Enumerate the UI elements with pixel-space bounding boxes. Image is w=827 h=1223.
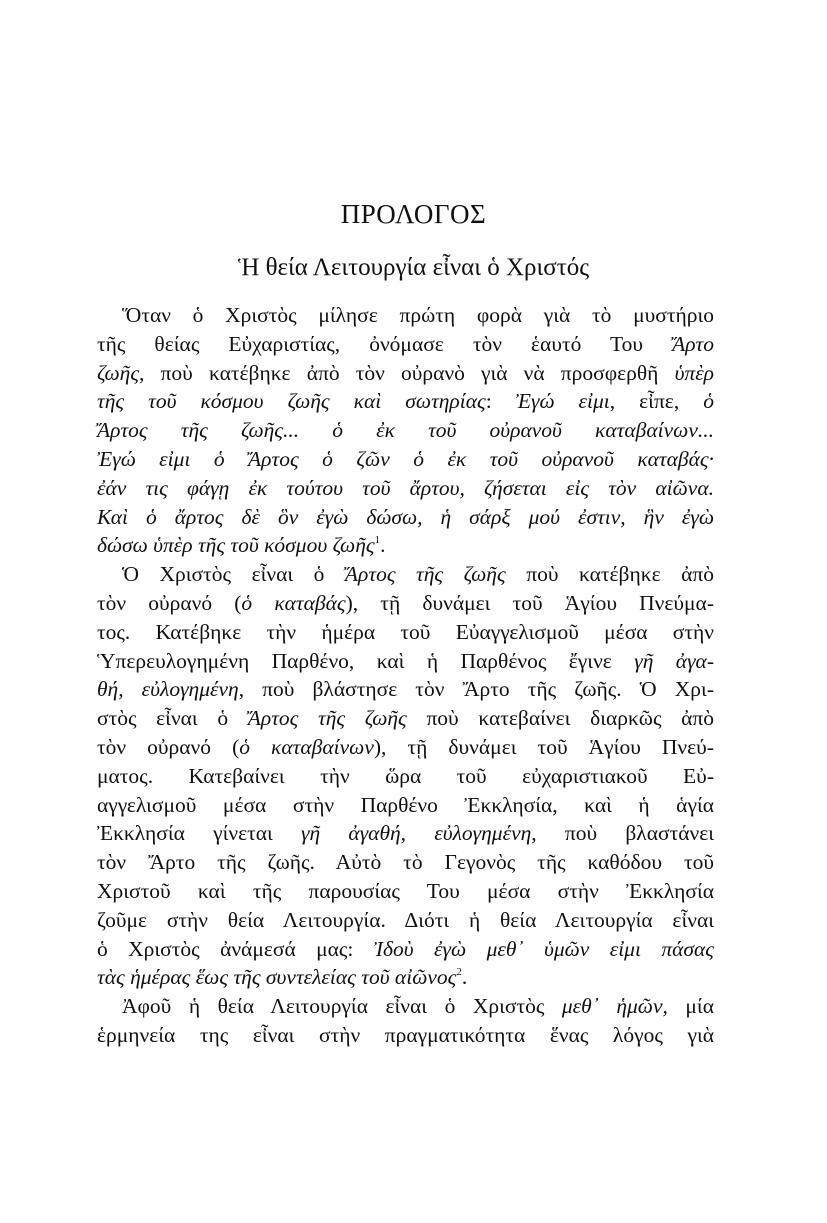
text-segment: ὁ καταβαίνων xyxy=(239,735,374,759)
text-segment: γῆ ἀγαθή, εὐλογημένη xyxy=(301,821,531,845)
text-line: ὁ Χριστὸς ἀνάμεσά μας: Ἰδοὺ ἐγὼ μεθ᾽ ὑμῶ… xyxy=(97,935,714,964)
text-line: Ὅταν ὁ Χριστὸς μίλησε πρώτη φορὰ γιὰ τὸ … xyxy=(97,301,714,330)
text-line: τὰς ἡμέρας ἕως τῆς συντελείας τοῦ αἰῶνος… xyxy=(97,963,714,992)
text-segment: ποὺ κατέβηκε ἀπὸ xyxy=(506,562,714,586)
text-segment: ), τῇ δυνάμει τοῦ Ἁγίου Πνεύμα- xyxy=(346,591,714,615)
text-segment: θή, εὐλογημένη xyxy=(97,677,239,701)
text-segment: ὑπὲρ xyxy=(675,361,714,385)
text-segment: Ἐκκλησία γίνεται xyxy=(97,821,301,845)
text-segment: . xyxy=(462,965,467,989)
text-segment: ἑρμηνεία της εἶναι στὴν πραγματικότητα ἕ… xyxy=(97,1023,714,1047)
text-segment: Ἄρτος τῆς ζωῆς xyxy=(345,562,506,586)
text-line: τῆς τοῦ κόσμου ζωῆς καὶ σωτηρίας: Ἐγώ εἰ… xyxy=(97,387,714,416)
text-line: τὸν οὐρανό (ὁ καταβαίνων), τῇ δυνάμει το… xyxy=(97,733,714,762)
text-segment: Ἐγώ εἰμι ὁ Ἄρτος ὁ ζῶν ὁ ἐκ τοῦ οὐρανοῦ … xyxy=(97,447,714,471)
text-line: τὸν Ἄρτο τῆς ζωῆς. Αὐτὸ τὸ Γεγονὸς τῆς κ… xyxy=(97,848,714,877)
text-segment: , εἶπε, xyxy=(610,389,704,413)
text-segment: δώσω ὑπὲρ τῆς τοῦ κόσμου ζωῆς xyxy=(97,533,375,557)
text-segment: Ἄρτο xyxy=(672,332,714,356)
text-line: Ἄρτος τῆς ζωῆς... ὁ ἐκ τοῦ οὐρανοῦ καταβ… xyxy=(97,416,714,445)
text-segment: τος. Κατέβηκε τὴν ἡμέρα τοῦ Εὐαγγελισμοῦ… xyxy=(97,620,714,644)
text-line: αγγελισμοῦ μέσα στὴν Παρθένο Ἐκκλησία, κ… xyxy=(97,791,714,820)
text-segment: Ἀφοῦ ἡ θεία Λειτουργία εἶναι ὁ Χριστὸς xyxy=(122,994,562,1018)
text-segment: μεθ᾽ ἡμῶν xyxy=(562,994,663,1018)
text-segment: Ἐγώ εἰμι xyxy=(516,389,610,413)
text-segment: στὸς εἶναι ὁ xyxy=(97,706,248,730)
text-segment: Ἰδοὺ ἐγὼ μεθ᾽ ὑμῶν εἰμι πάσας xyxy=(374,937,714,961)
document-page: ΠΡΟΛΟΓΟΣ Ἡ θεία Λειτουργία εἶναι ὁ Χριστ… xyxy=(0,0,827,1223)
text-segment: Ἄρτος τῆς ζωῆς... ὁ ἐκ τοῦ οὐρανοῦ καταβ… xyxy=(97,418,714,442)
text-segment: τὸν οὐρανό ( xyxy=(97,591,241,615)
text-segment: ὁ xyxy=(703,389,714,413)
text-line: ἑρμηνεία της εἶναι στὴν πραγματικότητα ἕ… xyxy=(97,1021,714,1050)
text-line: ζοῦμε στὴν θεία Λειτουργία. Διότι ἡ θεία… xyxy=(97,906,714,935)
text-line: τὸν οὐρανό (ὁ καταβάς), τῇ δυνάμει τοῦ Ἁ… xyxy=(97,589,714,618)
text-line: Ἀφοῦ ἡ θεία Λειτουργία εἶναι ὁ Χριστὸς μ… xyxy=(97,992,714,1021)
text-segment: , ποὺ βλάστησε τὸν Ἄρτο τῆς ζωῆς. Ὁ Χρι- xyxy=(239,677,714,701)
text-line: τος. Κατέβηκε τὴν ἡμέρα τοῦ Εὐαγγελισμοῦ… xyxy=(97,618,714,647)
text-segment: Ἄρτος τῆς ζωῆς xyxy=(248,706,407,730)
text-segment: , μία xyxy=(663,994,714,1018)
text-segment: ), τῇ δυνάμει τοῦ Ἁγίου Πνεύ- xyxy=(374,735,714,759)
text-line: Καὶ ὁ ἄρτος δὲ ὃν ἐγὼ δώσω, ἡ σάρξ μού ἐ… xyxy=(97,503,714,532)
text-line: ἐάν τις φάγῃ ἐκ τούτου τοῦ ἄρτου, ζήσετα… xyxy=(97,474,714,503)
text-segment: ζοῦμε στὴν θεία Λειτουργία. Διότι ἡ θεία… xyxy=(97,908,714,932)
text-line: Ὑπερευλογημένη Παρθένο, καὶ ἡ Παρθένος ἔ… xyxy=(97,647,714,676)
text-line: ματος. Κατεβαίνει τὴν ὥρα τοῦ εὐχαριστια… xyxy=(97,762,714,791)
text-line: ζωῆς, ποὺ κατέβηκε ἀπὸ τὸν οὐρανὸ γιὰ νὰ… xyxy=(97,359,714,388)
text-segment: ποὺ κατεβαίνει διαρκῶς ἀπὸ xyxy=(407,706,714,730)
text-segment: τὸν οὐρανό ( xyxy=(97,735,239,759)
text-segment: Ὁ Χριστὸς εἶναι ὁ xyxy=(122,562,345,586)
text-segment: . xyxy=(380,533,385,557)
body-text: Ὅταν ὁ Χριστὸς μίλησε πρώτη φορὰ γιὰ τὸ … xyxy=(97,301,714,1050)
text-segment: ματος. Κατεβαίνει τὴν ὥρα τοῦ εὐχαριστια… xyxy=(97,764,714,788)
text-line: Ἐκκλησία γίνεται γῆ ἀγαθή, εὐλογημένη, π… xyxy=(97,819,714,848)
text-segment: Καὶ ὁ ἄρτος δὲ ὃν ἐγὼ δώσω, ἡ σάρξ μού ἐ… xyxy=(97,505,714,529)
text-segment: ζωῆς xyxy=(97,361,139,385)
text-segment: τῆς θείας Εὐχαριστίας, ὀνόμασε τὸν ἑαυτό… xyxy=(97,332,672,356)
section-subtitle: Ἡ θεία Λειτουργία εἶναι ὁ Χριστός xyxy=(0,251,827,285)
text-segment: αγγελισμοῦ μέσα στὴν Παρθένο Ἐκκλησία, κ… xyxy=(97,793,714,817)
text-segment: Ὅταν ὁ Χριστὸς μίλησε πρώτη φορὰ γιὰ τὸ … xyxy=(122,303,714,327)
text-line: τῆς θείας Εὐχαριστίας, ὀνόμασε τὸν ἑαυτό… xyxy=(97,330,714,359)
text-segment: , ποὺ κατέβηκε ἀπὸ τὸν οὐρανὸ γιὰ νὰ προ… xyxy=(139,361,675,385)
text-line: θή, εὐλογημένη, ποὺ βλάστησε τὸν Ἄρτο τῆ… xyxy=(97,675,714,704)
text-segment: τὰς ἡμέρας ἕως τῆς συντελείας τοῦ αἰῶνος xyxy=(97,965,456,989)
text-line: Χριστοῦ καὶ τῆς παρουσίας Του μέσα στὴν … xyxy=(97,877,714,906)
text-line: Ὁ Χριστὸς εἶναι ὁ Ἄρτος τῆς ζωῆς ποὺ κατ… xyxy=(97,560,714,589)
text-segment: ὁ καταβάς xyxy=(241,591,345,615)
text-segment: Χριστοῦ καὶ τῆς παρουσίας Του μέσα στὴν … xyxy=(97,879,714,903)
text-segment: τὸν Ἄρτο τῆς ζωῆς. Αὐτὸ τὸ Γεγονὸς τῆς κ… xyxy=(97,850,714,874)
text-line: δώσω ὑπὲρ τῆς τοῦ κόσμου ζωῆς1. xyxy=(97,531,714,560)
text-segment: τῆς τοῦ κόσμου ζωῆς καὶ σωτηρίας xyxy=(97,389,486,413)
page-title: ΠΡΟΛΟΓΟΣ xyxy=(0,196,827,232)
text-line: στὸς εἶναι ὁ Ἄρτος τῆς ζωῆς ποὺ κατεβαίν… xyxy=(97,704,714,733)
text-segment: ὁ Χριστὸς ἀνάμεσά μας: xyxy=(97,937,374,961)
text-segment: ἐάν τις φάγῃ ἐκ τούτου τοῦ ἄρτου, ζήσετα… xyxy=(97,476,714,500)
text-segment: , ποὺ βλαστάνει xyxy=(531,821,714,845)
text-segment: γῆ ἀγα- xyxy=(634,649,714,673)
text-segment: : xyxy=(486,389,516,413)
text-line: Ἐγώ εἰμι ὁ Ἄρτος ὁ ζῶν ὁ ἐκ τοῦ οὐρανοῦ … xyxy=(97,445,714,474)
text-segment: Ὑπερευλογημένη Παρθένο, καὶ ἡ Παρθένος ἔ… xyxy=(97,649,634,673)
